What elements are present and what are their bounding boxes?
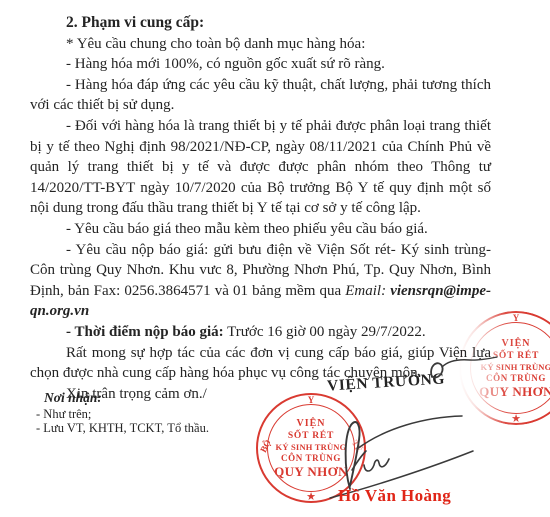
stamp-line: VIỆN	[501, 338, 530, 350]
stamp-line: QUY NHƠN	[274, 464, 348, 480]
stamp-line: VIỆN	[296, 418, 325, 430]
recipients-block: Nơi nhận: - Như trên; - Lưu VT, KHTH, TC…	[36, 391, 209, 435]
paragraph-general-requirement: * Yêu cầu chung cho toàn bộ danh mục hàn…	[30, 34, 491, 55]
stamp-text: VIỆN SỐT RÉT KÝ SINH TRÙNG CÔN TRÙNG QUY…	[461, 313, 550, 423]
paragraph-compatibility: - Hàng hóa đáp ứng các yêu cầu kỹ thuật,…	[30, 75, 491, 116]
stamp-line: SỐT RÉT	[493, 350, 539, 362]
paragraph-quote-form: - Yêu cầu báo giá theo mẫu kèm theo phiế…	[30, 219, 491, 240]
institute-round-stamp-partial: Y ★ VIỆN SỐT RÉT KÝ SINH TRÙNG CÔN TRÙNG…	[459, 311, 550, 425]
deadline-label: - Thời điểm nộp báo giá:	[66, 324, 224, 340]
stamp-line: KÝ SINH TRÙNG	[481, 362, 550, 373]
stamp-line: QUY NHƠN	[479, 384, 550, 400]
recipient-item: - Như trên;	[36, 407, 209, 421]
letter-body: 2. Phạm vi cung cấp: * Yêu cầu chung cho…	[30, 13, 491, 404]
paragraph-quote-submission: - Yêu cầu nộp báo giá: gửi bưu điện về V…	[30, 240, 491, 322]
deadline-value: Trước 16 giờ 00 ngày 29/7/2022.	[224, 324, 426, 340]
section-heading: 2. Phạm vi cung cấp:	[30, 13, 491, 34]
scanned-letter-page: 2. Phạm vi cung cấp: * Yêu cầu chung cho…	[0, 0, 550, 517]
stamp-line: KÝ SINH TRÙNG	[276, 442, 347, 453]
paragraph-deadline: - Thời điểm nộp báo giá: Trước 16 giờ 00…	[30, 322, 491, 343]
recipient-item: - Lưu VT, KHTH, TCKT, Tổ thầu.	[36, 421, 209, 435]
stamp-line: SỐT RÉT	[288, 430, 334, 442]
stamp-line: CÔN TRÙNG	[281, 453, 341, 464]
paragraph-classification: - Đối với hàng hóa là trang thiết bị y t…	[30, 116, 491, 219]
recipients-label: Nơi nhận:	[44, 391, 209, 405]
paragraph-new-goods: - Hàng hóa mới 100%, có nguồn gốc xuất s…	[30, 54, 491, 75]
email-label: Email:	[345, 283, 390, 299]
signer-name: Hồ Văn Hoàng	[338, 486, 451, 506]
stamp-line: CÔN TRÙNG	[486, 373, 546, 384]
